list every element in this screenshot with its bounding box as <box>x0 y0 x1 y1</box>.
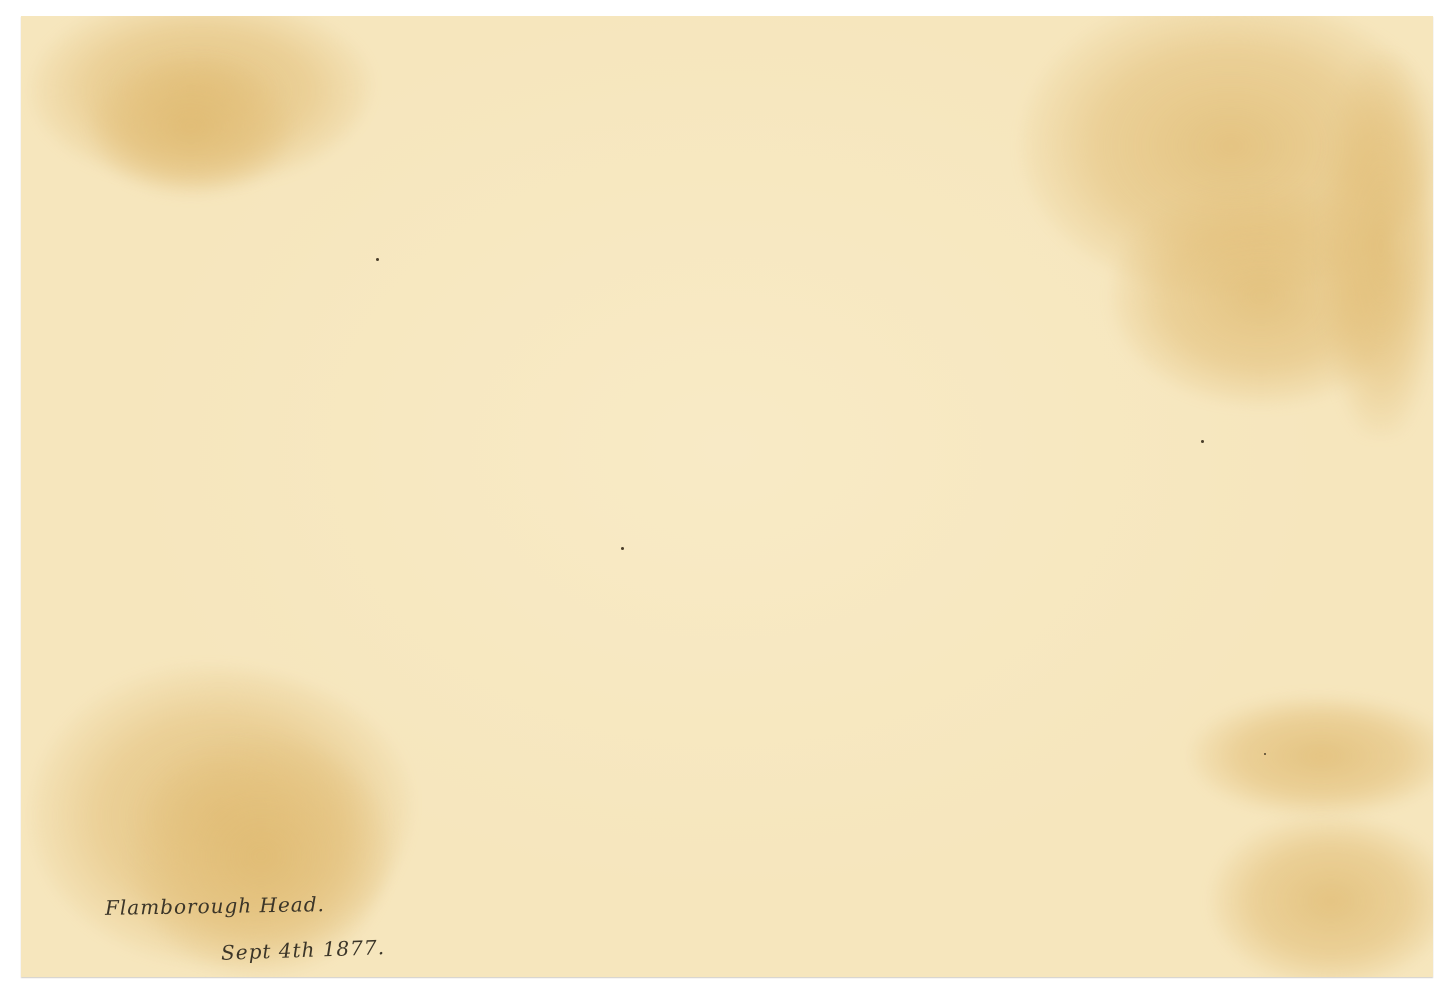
ink-speck <box>621 547 624 550</box>
water-stain-right-edge <box>1321 56 1433 436</box>
water-stain-top-left-inner <box>91 56 291 196</box>
ink-speck <box>376 258 379 261</box>
ink-speck <box>1201 440 1204 443</box>
paper-sheet: Flamborough Head. Sept 4th 1877. <box>21 16 1433 977</box>
handwritten-date: Sept 4th 1877. <box>221 935 386 965</box>
handwritten-place-name: Flamborough Head. <box>105 892 325 920</box>
water-stain-bottom-right-upper <box>1191 696 1433 816</box>
water-stain-bottom-right <box>1211 816 1433 977</box>
ink-speck <box>1264 753 1266 755</box>
